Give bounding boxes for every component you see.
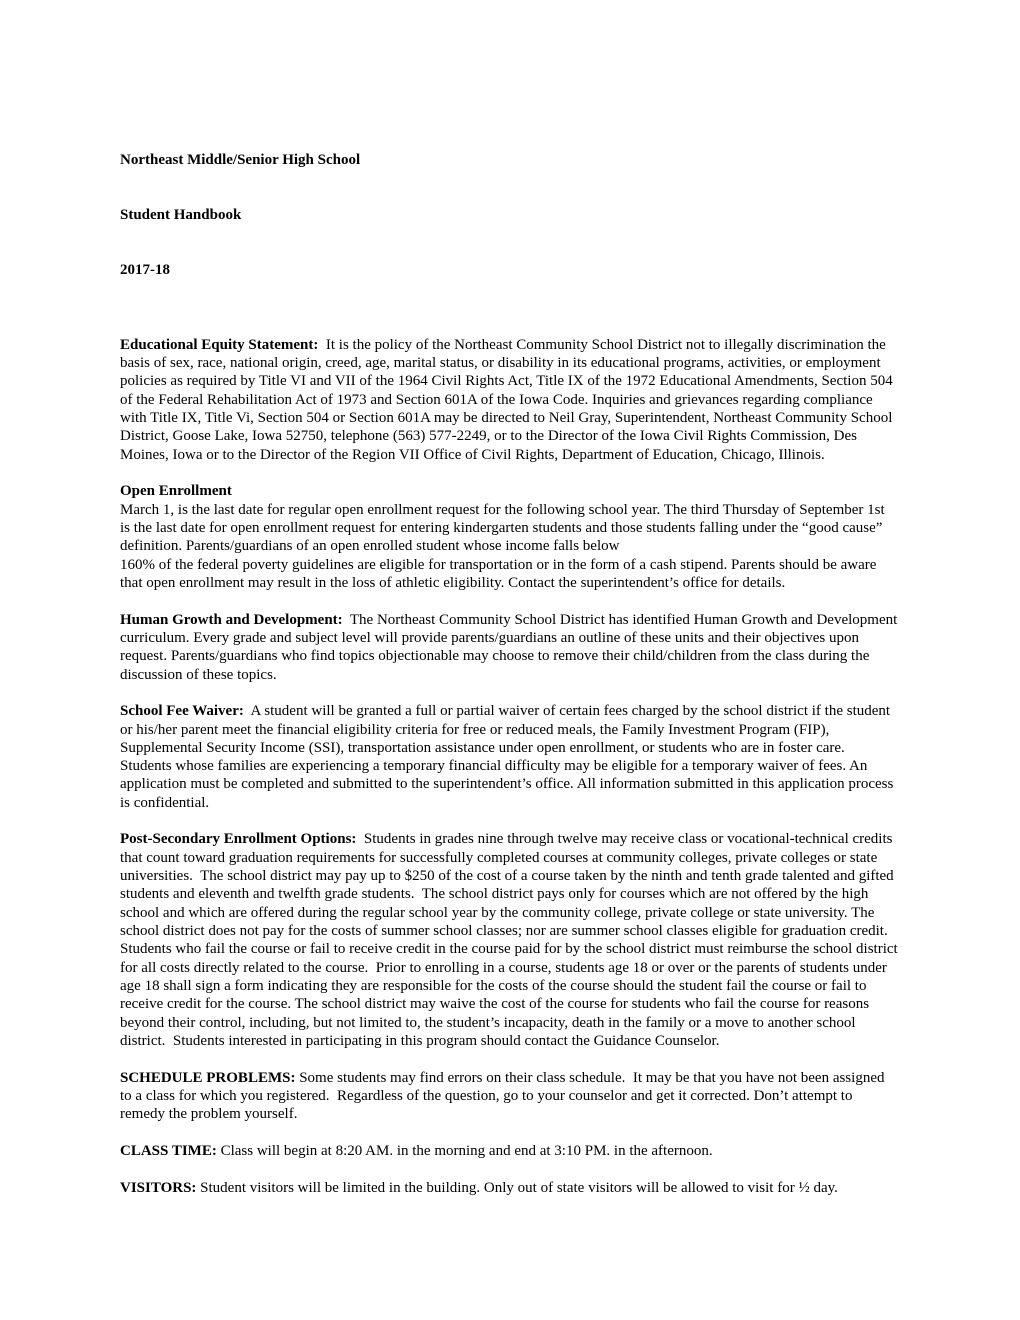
handbook-title: Student Handbook	[120, 206, 898, 224]
open-enrollment-body: March 1, is the last date for regular op…	[120, 502, 888, 591]
visitors-body: Student visitors will be limited in the …	[196, 1180, 837, 1196]
open-enrollment-heading: Open Enrollment	[120, 482, 898, 500]
school-year: 2017-18	[120, 261, 898, 279]
section-class-time: CLASS TIME: Class will begin at 8:20 AM.…	[120, 1142, 898, 1160]
section-schedule-problems: SCHEDULE PROBLEMS: Some students may fin…	[120, 1069, 898, 1124]
educational-equity-body: It is the policy of the Northeast Commun…	[120, 337, 896, 463]
visitors-lead: VISITORS:	[120, 1180, 196, 1196]
section-open-enrollment: Open EnrollmentMarch 1, is the last date…	[120, 482, 898, 592]
human-growth-lead: Human Growth and Development:	[120, 612, 343, 628]
section-visitors: VISITORS: Student visitors will be limit…	[120, 1179, 898, 1197]
educational-equity-lead: Educational Equity Statement:	[120, 337, 318, 353]
school-name: Northeast Middle/Senior High School	[120, 151, 898, 169]
school-fee-waiver-lead: School Fee Waiver:	[120, 703, 244, 719]
section-educational-equity: Educational Equity Statement: It is the …	[120, 336, 898, 464]
post-secondary-body: Students in grades nine through twelve m…	[120, 831, 901, 1049]
class-time-body: Class will begin at 8:20 AM. in the morn…	[217, 1143, 713, 1159]
section-school-fee-waiver: School Fee Waiver: A student will be gra…	[120, 702, 898, 812]
section-human-growth: Human Growth and Development: The Northe…	[120, 611, 898, 684]
class-time-lead: CLASS TIME:	[120, 1143, 217, 1159]
post-secondary-lead: Post-Secondary Enrollment Options:	[120, 831, 356, 847]
document-page: Northeast Middle/Senior High School Stud…	[0, 0, 1020, 1320]
school-fee-waiver-body: A student will be granted a full or part…	[120, 703, 897, 811]
schedule-problems-lead: SCHEDULE PROBLEMS:	[120, 1070, 295, 1086]
document-title-block: Northeast Middle/Senior High School Stud…	[120, 114, 898, 316]
section-post-secondary: Post-Secondary Enrollment Options: Stude…	[120, 830, 898, 1050]
